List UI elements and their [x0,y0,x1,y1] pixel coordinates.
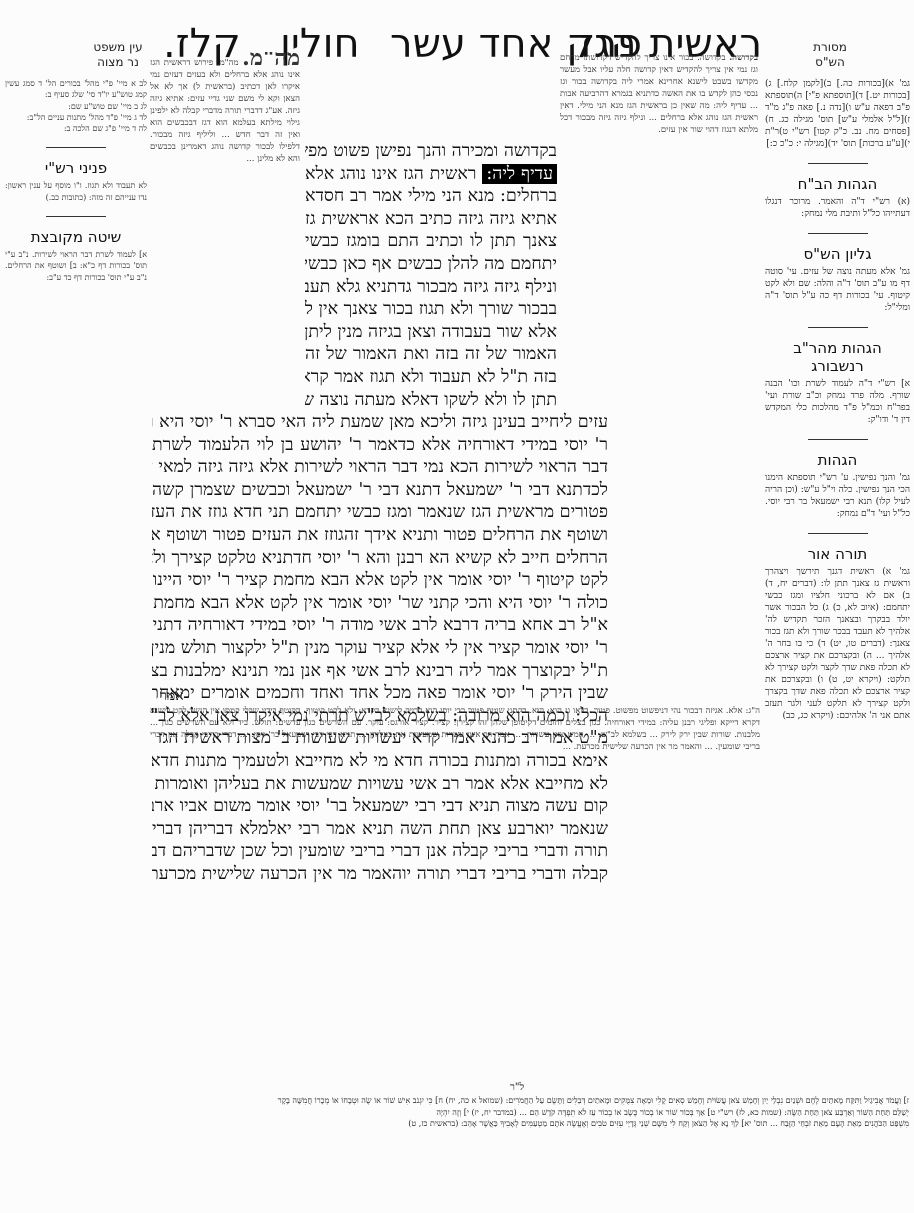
tosafot-body: מה"מ. פירוש דראשית הגז אינו נוהג אלא ברח… [150,58,300,164]
gemara-line: פטורים מראשית הגז שנאמר ומגז כבשי יתחמם … [152,501,608,524]
left-margin: לב א מיי' פ"י מהל' בכורים הל' ד סמג עשין… [5,78,147,283]
masoret-hashas-text: גמ' א)[בכורות כה.] ב)[לקמן קלח.] ג)[בכור… [765,78,910,150]
dibbur-hamatchil-label: עדיף ליה: [482,164,557,184]
shita-mekubetzet-title: שיטה מקובצת [5,228,147,246]
ornament-divider [765,228,910,239]
gemara-line: בזה ת"ל לא תעבוד ולא תגוז אמר קרא [305,366,557,389]
gemara-line: כולה ר' יוסי היא והכי קתני שר' יוסי אומר… [152,592,608,615]
gemara-line: עזים ליחייב בעינן גיזה וליכא מאן שמעת לי… [152,411,608,434]
gemara-line: ברחלים: מנא הני מילי אמר רב חסדא [305,185,557,208]
gilyon-hashas-title: גליון הש"ס [765,245,910,263]
gemara-line: לקט קיטוף ר' יוסי אומר אין לקט אלא הבא מ… [152,569,608,592]
hagahot-text: גמ' והנך נפישין. ע' רש"י תוספתא הימנו הכ… [765,472,910,520]
footer-line: ז] וַעֲמֹד אֲבִיגַיִל וַתִּקַּח מָאתַיִם… [5,1095,909,1107]
pninei-rashi-title: פניני רש"י [5,159,147,177]
masoret-title-line1: מסורת [800,40,860,55]
gemara-text: בקדושה ומכירה והנך נפישן פשוט מפשוט עדיף… [305,140,557,411]
hagahot-title: הגהות [765,451,910,469]
gemara-line: ונילף גיזה גיזה מבכור גדתניא גלא תעבוד [305,276,557,299]
gilyon-hashas-text: גמ' אלא מעתה נוצה של עזים. עי' סוטה דף מ… [765,266,910,314]
gemara-line: דבר הראוי לשירות הכא נמי דבר הראוי לשירו… [152,456,608,479]
gemara-line: תתן לו ולא לשקו דאלא מעתה נוצה של [305,389,557,412]
gemara-line: צאנך תתן לו וכתיב התם בומגז כבשי [305,230,557,253]
ein-mishpat-entry: לה ד מיי' פ"ג שם הלכה ב: [5,123,147,134]
gemara-line: האמור של זה בזה ואת האמור של זה [305,343,557,366]
ein-mishpat-heading: עין משפט נר מצוה [88,40,148,70]
gemara-line-text: ראשית הגז אינו נוהג אלא [305,164,476,184]
gemara-line: בקדושה ומכירה והנך נפישן פשוט מפשוט [305,140,557,163]
ornament-divider [5,211,147,222]
gemara-line: ושוטף את הרחלים פטור ותניא אידך זהגוזז א… [152,524,608,547]
ein-mishpat-title-line1: עין משפט [88,40,148,55]
gemara-line: ר' יוסי במידי דאורחיה אלא כדאמר ר' יהושע… [152,434,608,457]
ornament-divider [765,158,910,169]
masoret-hashas-heading: מסורת הש"ס [800,40,860,70]
rashi-commentary: בקדושה. בקדושה. בכור אינו צריך להקדיש דק… [560,52,758,692]
gemara-catchword: אמר [160,688,184,705]
ein-mishpat-entries: לב א מיי' פ"י מהל' בכורים הל' ד סמג עשין… [5,78,147,134]
shita-mekubetzet-text: א] לעמוד לשרת דבר הראוי לשירות. נ"ב ע"י … [5,249,147,283]
hagahot-bach-text: (א) רש"י ד"ה והאמר. מרוכר דנגלו דעתייהו … [765,196,910,220]
hagahot-ranshburg-title: הגהות מהר"ב רנשבורג [765,339,910,375]
gemara-line: עדיף ליה: ראשית הגז אינו נוהג אלא [305,163,557,186]
pninei-rashi-text: לא תעבוד ולא תגוז. ו"ו מוסף על ענין ראשו… [5,180,147,203]
gemara-line: ת"ל יבקוצרך אמר ליה רבינא לרב אשי אף אנן… [152,660,608,683]
ornament-divider [765,322,910,333]
gemara-line: יתחמם מה להלן כבשים אף כאן כבשים [305,253,557,276]
gemara-line: הרחלים חייב לא קשיא הא רבנן והא ר' יוסי … [152,547,608,570]
rashi-signature: ל"ר [510,1082,524,1093]
tosafot-dibbur-hamatchil: מה"מ. [242,52,300,71]
rashi-body: בקדושה. בכור אינו צריך להקדיש דקדושתו מר… [560,53,758,135]
footer-torah-or-verses: ז] וַעֲמֹד אֲבִיגַיִל וַתִּקַּח מָאתַיִם… [5,1095,909,1130]
gemara-line: ר' יוסי אומר קציר אין לי אלא קציר עוקר מ… [152,637,608,660]
torah-or-text: גמ' א) ראשית דגנך תירשך ויצהרך וראשית גז… [765,566,910,722]
gemara-line: שבין הירק ר' יוסי אומר פאה מכל אחד ואחד … [152,682,608,705]
ornament-divider [5,142,147,153]
gemara-line: אתיא גיזה גיזה כתיב הכא אראשית גז [305,208,557,231]
gemara-line: בבכור שורך ולא תגוז בכור צאנך אין לי [305,298,557,321]
gemara-line: אלא שור בעבודה וצאן בגיזה מנין ליתן [305,321,557,344]
rashi-lower-commentary: ה"ג: אלא. אגיזה דבכור נהי דניפשוט מפשוט.… [150,705,760,1050]
footer-line: מִשְׁפַּט הַכֹּהֲנִים מֵאֵת הָעָם מֵאֵת … [5,1118,909,1130]
hagahot-ranshburg-text: א] רש"י ד"ה לעמוד לשרת וכו' הבנה שורף. מ… [765,378,910,426]
gemara-line: א"ל רב אחא בריה דרבא לרב אשי מודה ר' יוס… [152,614,608,637]
footer-line: יְשַׁלֵּם תַּחַת הַשּׁוֹר וְאַרְבַּע צֹא… [5,1107,909,1119]
ein-mishpat-entry: לג ב מיי' שם טוש"ע שם: [5,101,147,112]
rashi-lower-body: ה"ג: אלא. אגיזה דבכור נהי דניפשוט מפשוט.… [150,706,760,752]
right-margin: גמ' א)[בכורות כה.] ב)[לקמן קלח.] ג)[בכור… [765,78,910,722]
ein-mishpat-entry: לב א מיי' פ"י מהל' בכורים הל' ד סמג עשין… [5,78,147,101]
torah-or-title: תורה אור [765,545,910,563]
ornament-divider [765,528,910,539]
gemara-line: לכדתנא דבי ר' ישמעאל דתנא דבי ר' ישמעאל … [152,479,608,502]
masoret-title-line2: הש"ס [800,55,860,70]
ein-mishpat-title-line2: נר מצוה [88,55,148,70]
rashi-dibbur-hamatchil: בקדושה. [729,53,758,63]
hagahot-bach-title: הגהות הב"ח [765,175,910,193]
ein-mishpat-entry: לד ג מיי' פ"ד מהל' מתנות עניים הל"ב: [5,112,147,123]
ornament-divider [765,434,910,445]
